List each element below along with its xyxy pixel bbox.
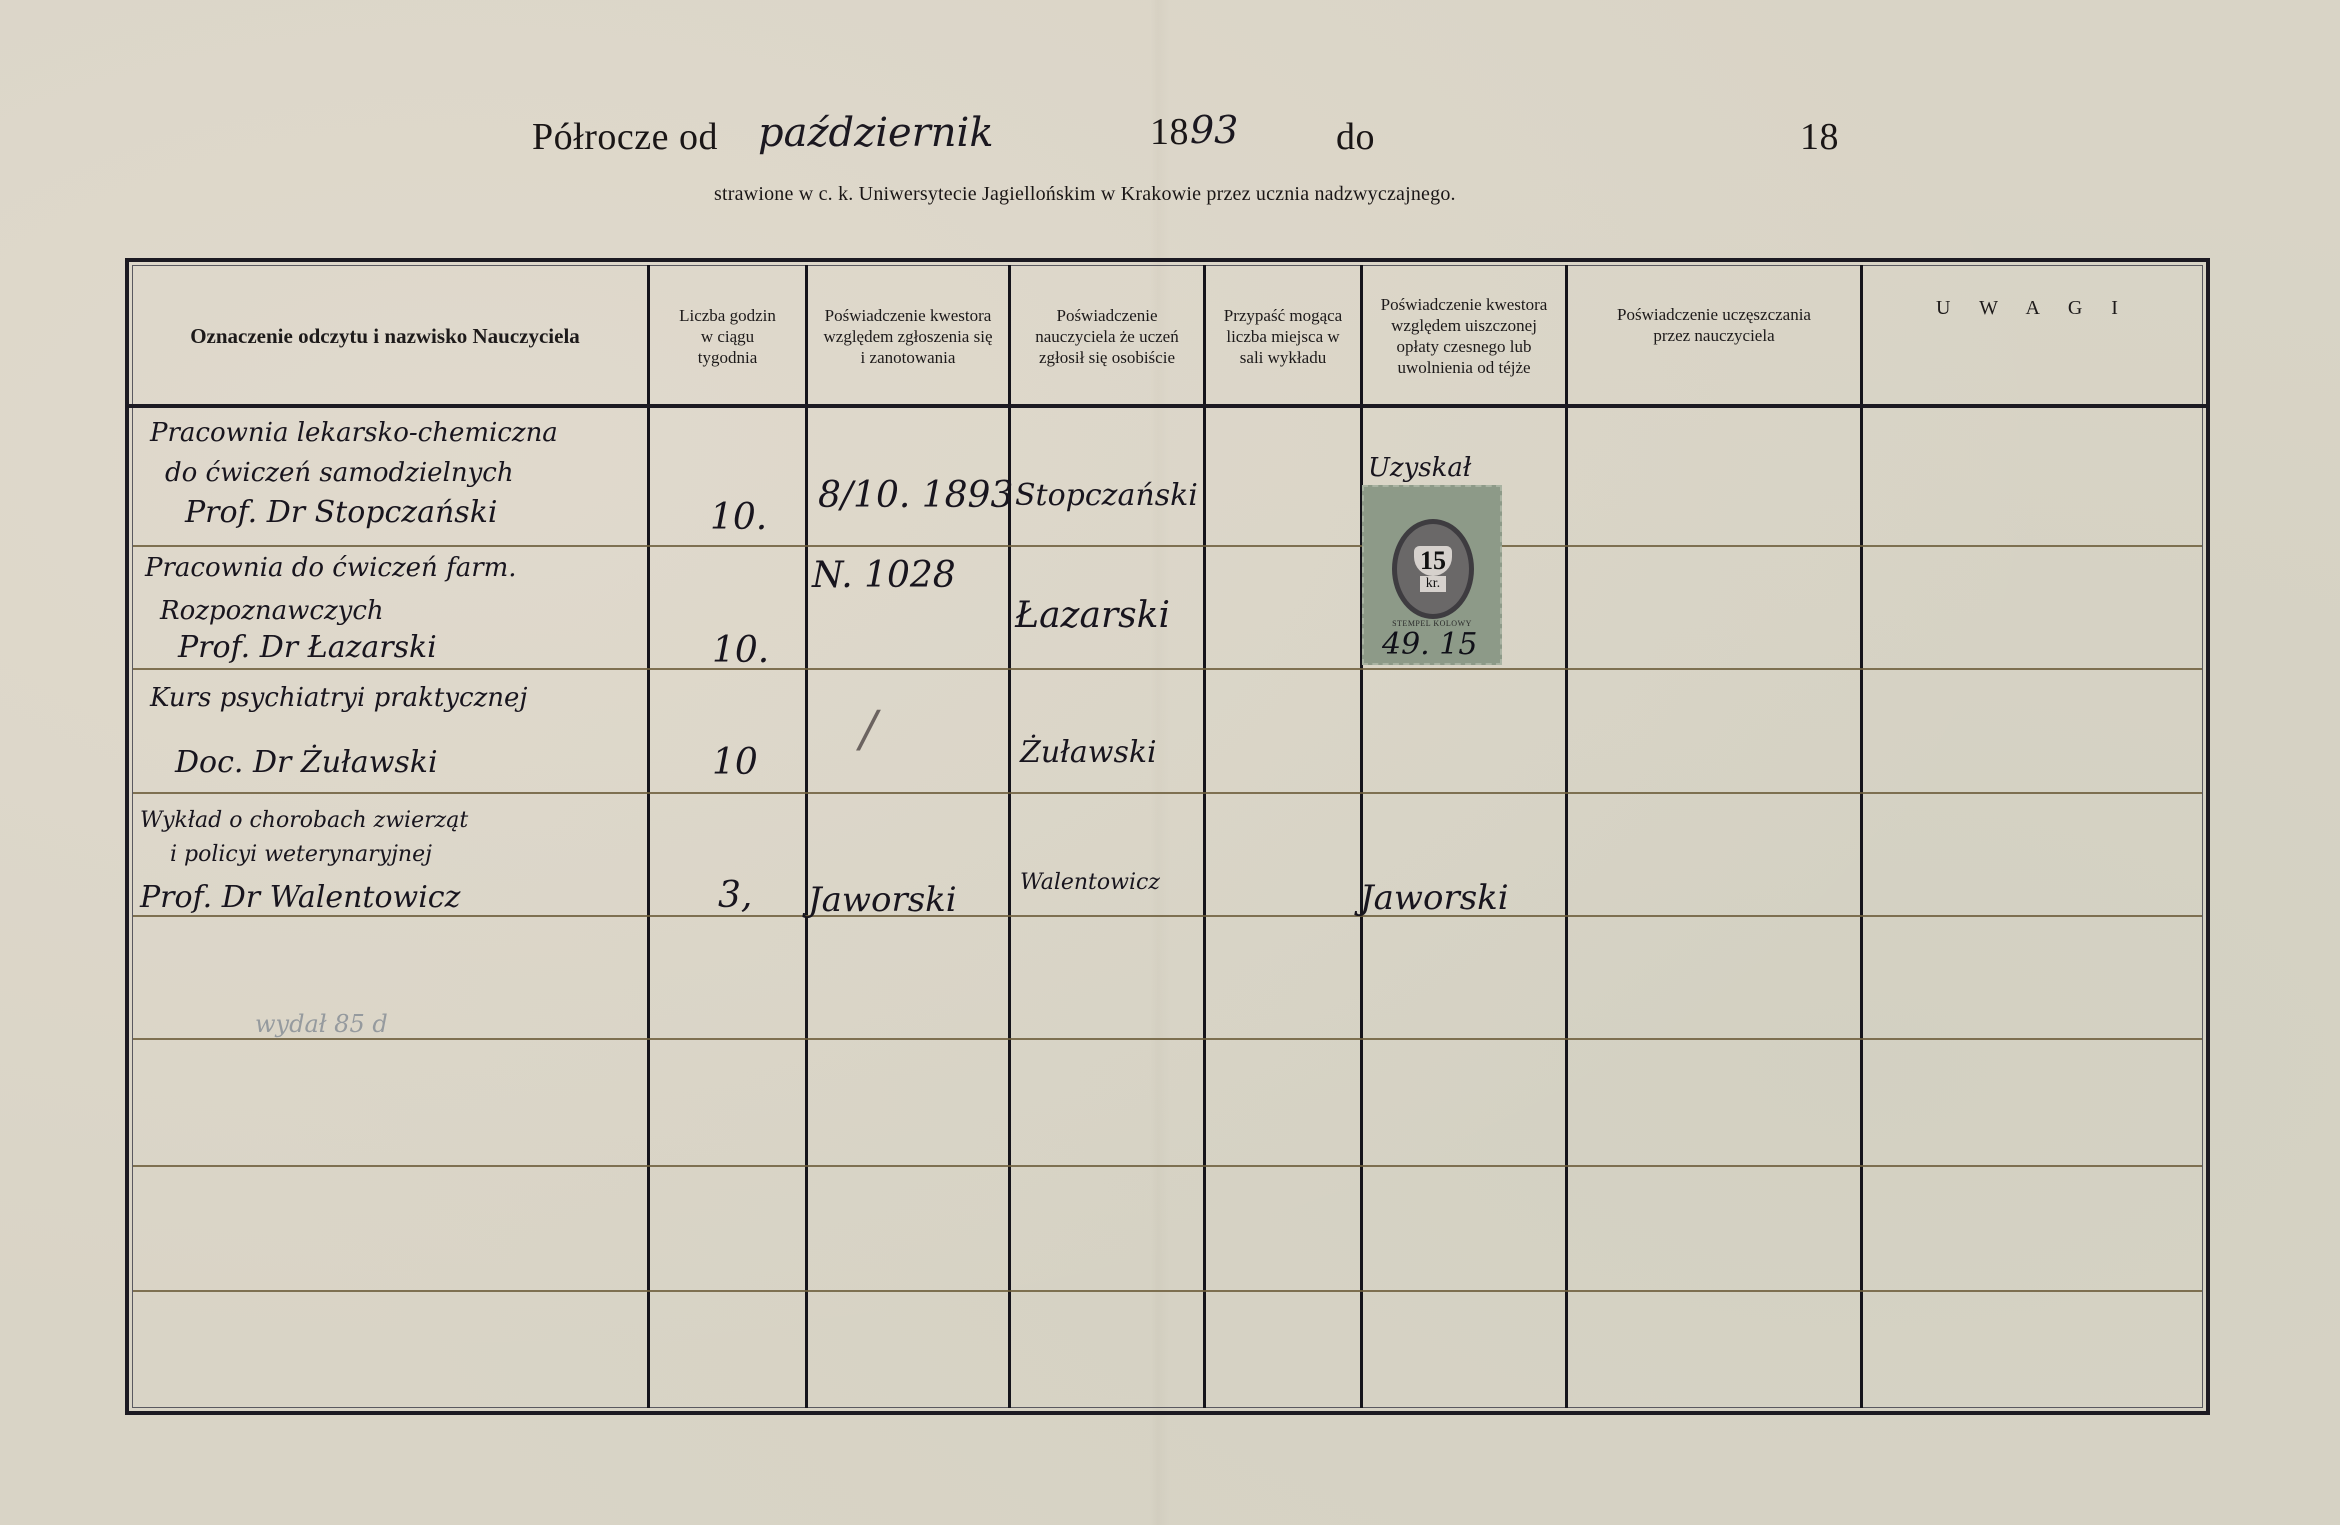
row-rule: [133, 1290, 2202, 1292]
revenue-stamp: 15 kr. STEMPEL KOLOWY 49. 15: [1362, 485, 1502, 665]
row-rule: [133, 1038, 2202, 1040]
stamp-value-oval: 15 kr.: [1392, 519, 1474, 619]
header-fee-confirmation: Poświadczenie kwestora względem uiszczon…: [1363, 268, 1565, 404]
header-bottom-rule: [125, 404, 2210, 408]
column-divider: [647, 265, 650, 1408]
row-rule: [133, 1165, 2202, 1167]
row2-hours: 10.: [712, 630, 769, 671]
column-divider: [1360, 265, 1363, 1408]
row1-teacher-signature: Stopczański: [1015, 478, 1198, 513]
column-divider: [1008, 265, 1011, 1408]
header-course-teacher: Oznaczenie odczytu i nazwisko Nauczyciel…: [165, 268, 605, 404]
header-remarks: U W A G I: [1863, 268, 2203, 404]
row1-course-teacher: Prof. Dr Stopczański: [185, 495, 497, 530]
title-year-end: 18: [1800, 115, 1839, 159]
title-handwritten-month: październik: [758, 110, 994, 156]
row4-teacher-signature: Walentowicz: [1020, 870, 1160, 895]
row4-hours: 3,: [718, 875, 752, 916]
header-hours: Liczba godzin w ciągu tygodnia: [650, 268, 805, 404]
subtitle: strawione w c. k. Uniwersytecie Jagiello…: [714, 183, 1456, 206]
stamp-value: 15: [1414, 546, 1452, 576]
row3-course-line1: Kurs psychiatryi praktycznej: [150, 683, 528, 713]
row2-course-line2: Rozpoznawczych: [160, 596, 384, 626]
header-teacher-confirmation: Poświadczenie nauczyciela że uczeń zgłos…: [1011, 268, 1203, 404]
row2-course-teacher: Prof. Dr Łazarski: [178, 630, 437, 665]
header-attendance: Poświadczenie uczęszczania przez nauczyc…: [1568, 268, 1860, 404]
row2-course-line1: Pracownia do ćwiczeń farm.: [145, 553, 517, 583]
row4-course-line2: i policyi weterynaryjnej: [170, 842, 432, 867]
row3-course-teacher: Doc. Dr Żuławski: [175, 745, 438, 780]
row2-quaestor-registration: N. 1028: [812, 555, 956, 596]
row-rule: [133, 792, 2202, 794]
row3-hours: 10: [712, 742, 758, 783]
row3-quaestor-mark: /: [860, 700, 877, 758]
row-rule: [133, 668, 2202, 670]
column-divider: [1565, 265, 1568, 1408]
row1-course-line1: Pracownia lekarsko-chemiczna: [150, 418, 558, 448]
row4-fee-signature: Jaworski: [1360, 878, 1509, 918]
row-rule: [133, 545, 2202, 547]
title-to: do: [1336, 115, 1375, 159]
stamp-handwritten-sum: 49. 15: [1382, 627, 1477, 662]
fee-note: Uzyskał: [1368, 453, 1471, 483]
stamp-unit: kr.: [1420, 576, 1446, 592]
title-prefix: Półrocze od: [532, 115, 718, 159]
header-quaestor-registration: Poświadczenie kwestora względem zgłoszen…: [808, 268, 1008, 404]
row3-teacher-signature: Żuławski: [1020, 735, 1157, 770]
column-divider: [1203, 265, 1206, 1408]
row1-quaestor-registration: 8/10. 1893: [818, 475, 1013, 516]
row4-course-line1: Wykład o chorobach zwierząt: [140, 808, 468, 833]
row4-course-teacher: Prof. Dr Walentowicz: [140, 880, 460, 915]
pencil-note: wydał 85 d: [255, 1010, 388, 1038]
row4-quaestor-signature: Jaworski: [808, 880, 957, 920]
row-rule: [133, 915, 2202, 917]
column-divider: [805, 265, 808, 1408]
row2-teacher-signature: Łazarski: [1015, 595, 1170, 636]
column-divider: [1860, 265, 1863, 1408]
row1-hours: 10.: [710, 497, 767, 538]
header-seats: Przypaść mogąca liczba miejsca w sali wy…: [1206, 268, 1360, 404]
title-year-handwritten: 93: [1190, 108, 1238, 152]
title-year-printed: 18: [1150, 110, 1189, 154]
row1-course-line2: do ćwiczeń samodzielnych: [165, 458, 514, 488]
